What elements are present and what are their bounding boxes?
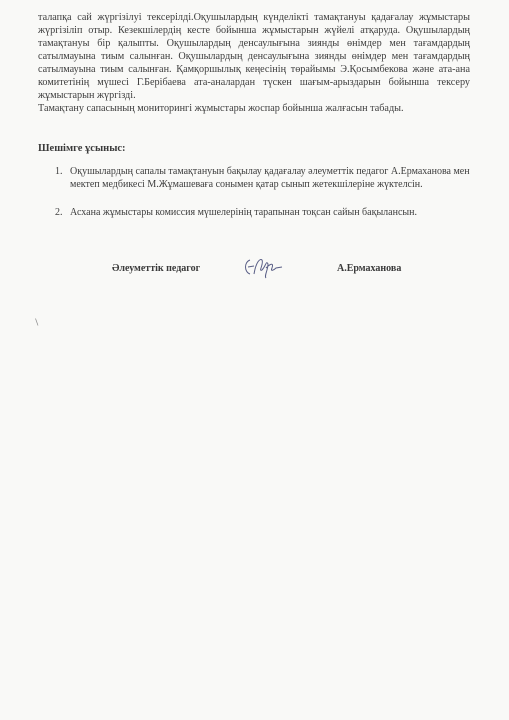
recommendations-heading: Шешімге ұсыныс: [38, 143, 126, 154]
paragraph-monitoring: Тамақтану сапасының мониторингі жұмыстар… [38, 102, 470, 115]
list-number: 1. [55, 165, 70, 191]
body-paragraph: талапқа сай жүргізілуі тексерілді.Оқушыл… [38, 11, 470, 115]
list-text: Асхана жұмыстары комиссия мүшелерінің та… [70, 206, 475, 219]
scanned-document-page: талапқа сай жүргізілуі тексерілді.Оқушыл… [0, 0, 509, 720]
signatory-name: А.Ермаханова [337, 263, 401, 274]
list-text: Оқушылардың сапалы тамақтануын бақылау қ… [70, 165, 475, 191]
recommendations-list: 1. Оқушылардың сапалы тамақтануын бақыла… [55, 165, 475, 234]
signatory-role: Әлеуметтік педагог [112, 263, 200, 274]
paragraph-main: талапқа сай жүргізілуі тексерілді.Оқушыл… [38, 11, 470, 102]
list-item: 1. Оқушылардың сапалы тамақтануын бақыла… [55, 165, 475, 191]
stray-pen-mark-icon [35, 318, 39, 326]
signature-block: Әлеуметтік педагог А.Ермаханова [0, 258, 509, 288]
handwritten-signature-icon [240, 252, 290, 284]
list-number: 2. [55, 206, 70, 219]
list-item: 2. Асхана жұмыстары комиссия мүшелерінің… [55, 206, 475, 219]
